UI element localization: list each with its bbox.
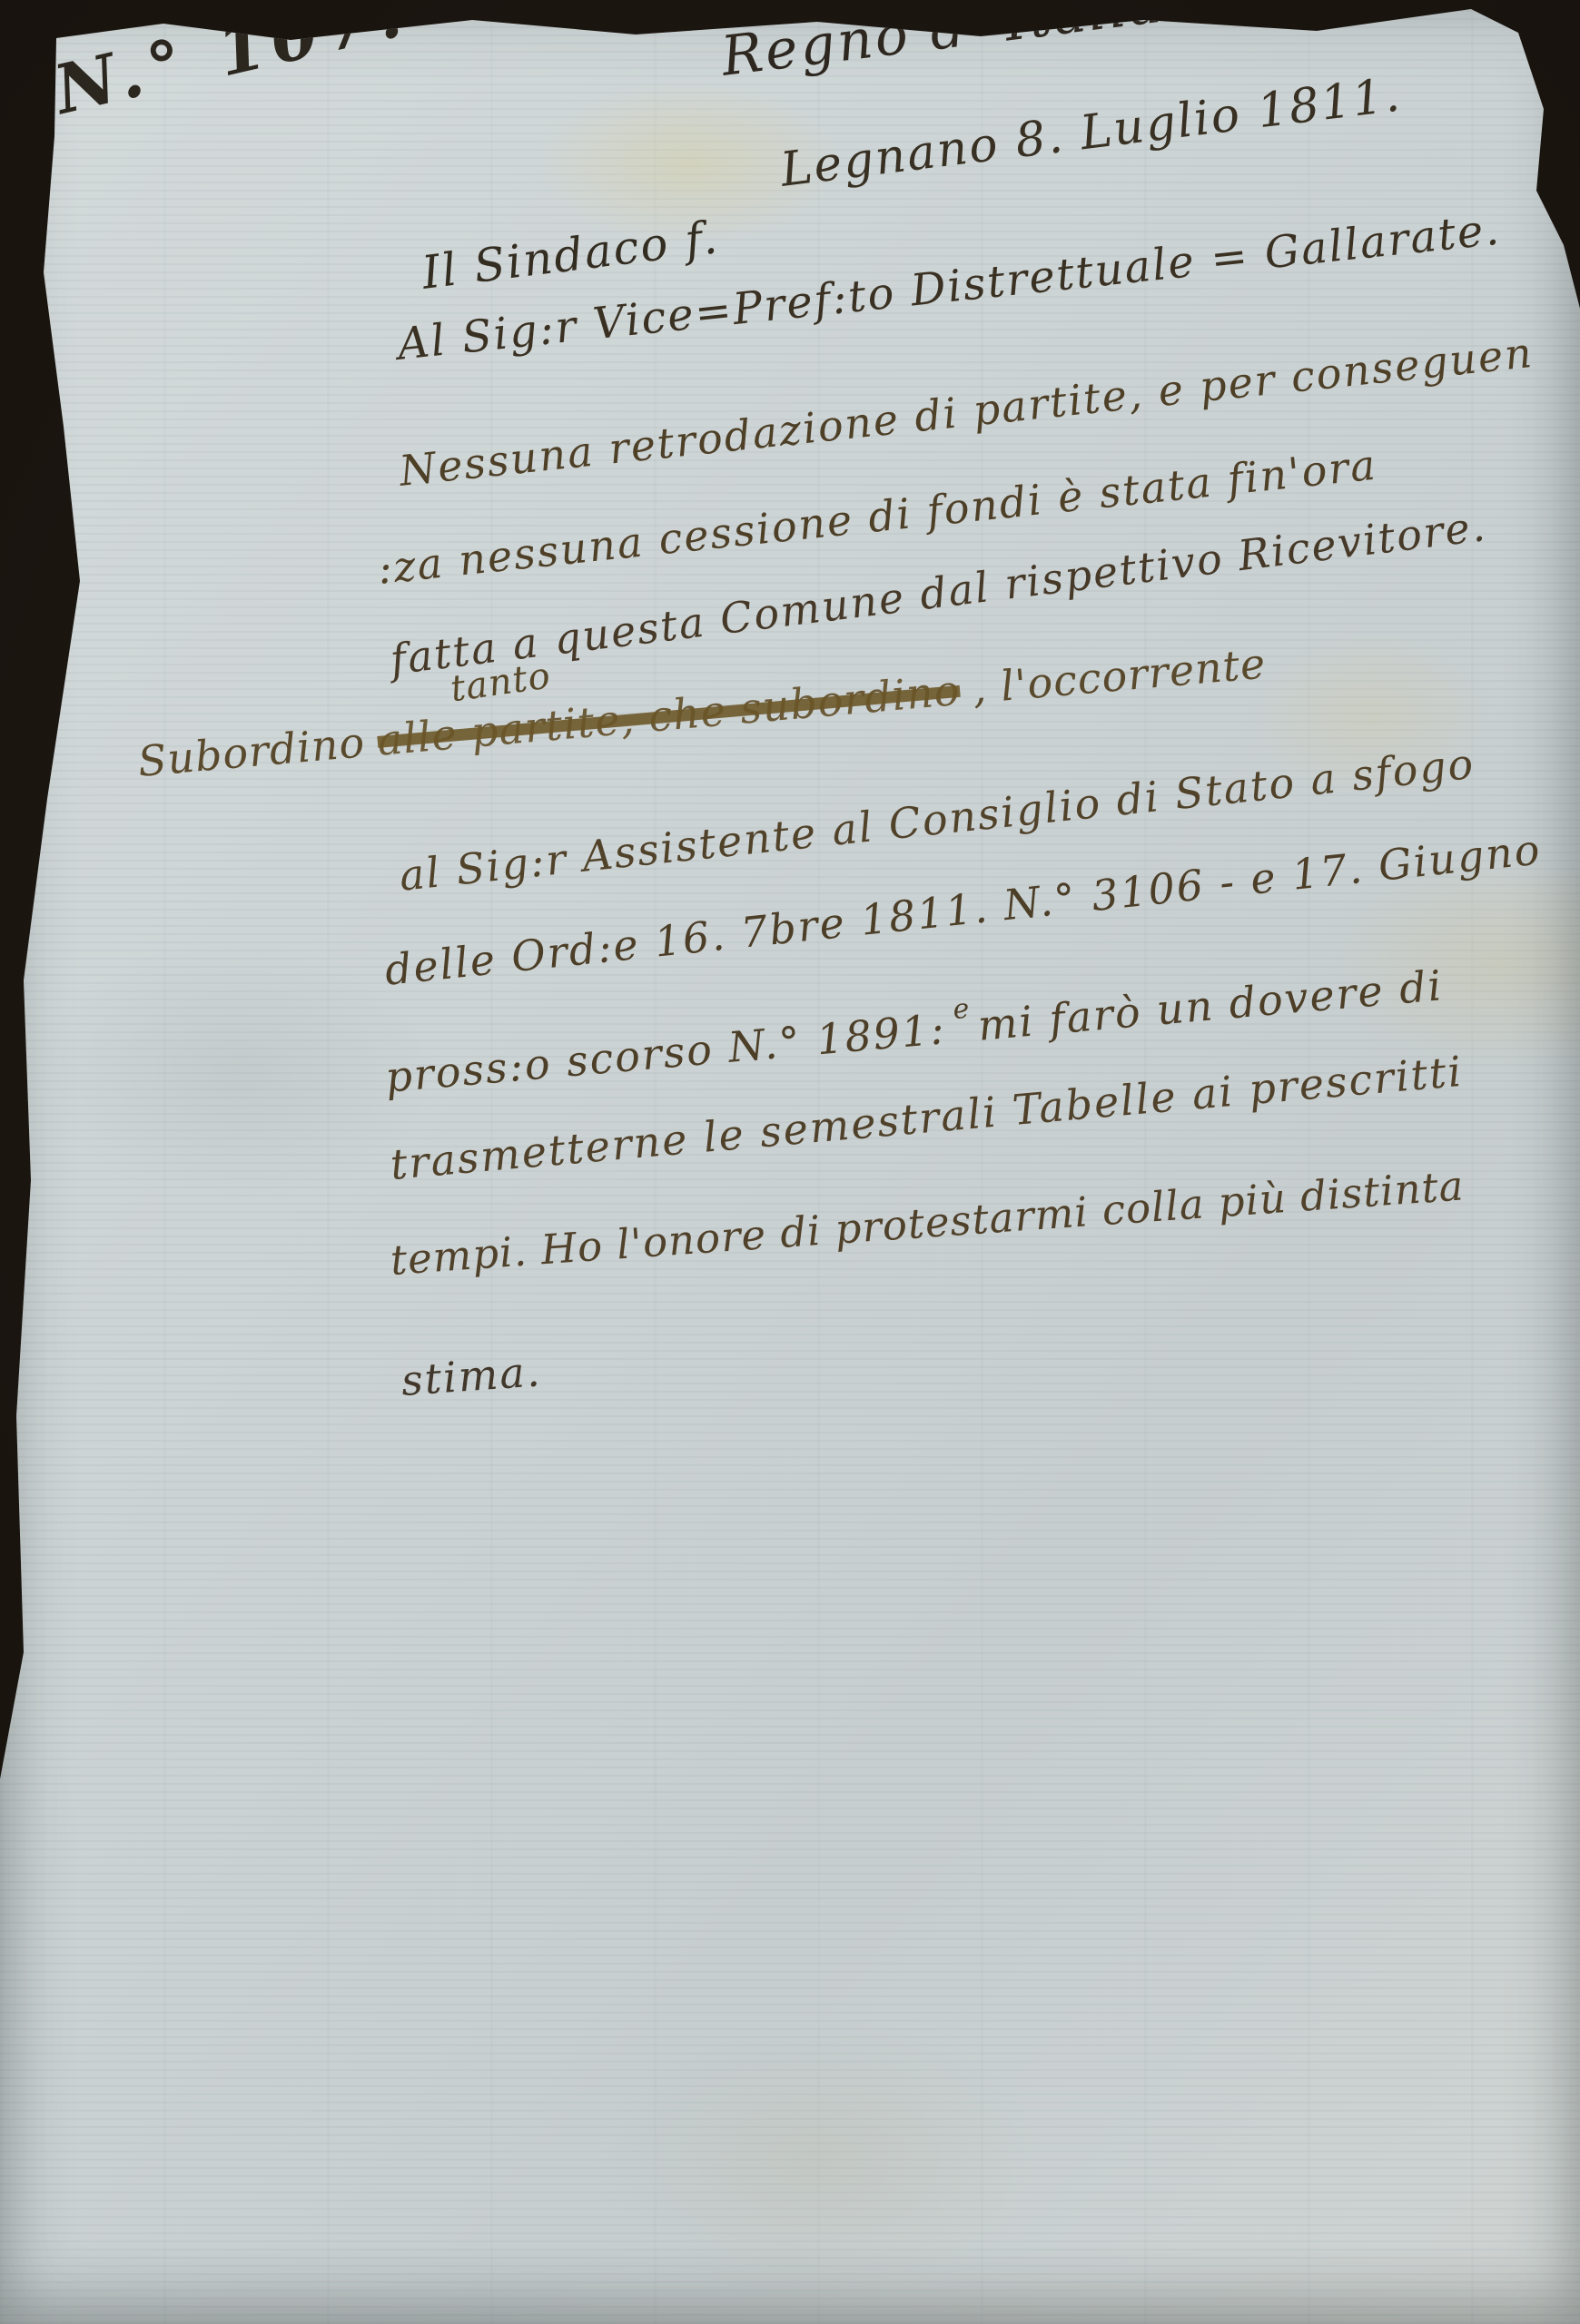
correction-trailing-text: , l'occorrente — [971, 638, 1269, 713]
line7-before: pross:o scorso N.° 1891: — [383, 1004, 948, 1102]
body-line-4-corrected: Subordinoalle partite, che subordino, l'… — [136, 638, 1269, 785]
place-date-line: Legnano 8. Luglio 1811. — [777, 67, 1404, 197]
body-line-10-closing: stima. — [400, 1346, 543, 1405]
line7-after: mi farò un dovere di — [976, 960, 1446, 1050]
sender-line: Il Sindaco f. — [419, 211, 721, 300]
body-line-9: tempi. Ho l'onore di protestarmi colla p… — [389, 1161, 1466, 1285]
correction-margin-word: Subordino — [136, 717, 368, 786]
letter-paper: N.° 107. Regno d' Italia ~ Legnano 8. Lu… — [0, 0, 1580, 2324]
line7-superscript-insertion: e — [952, 993, 973, 1027]
